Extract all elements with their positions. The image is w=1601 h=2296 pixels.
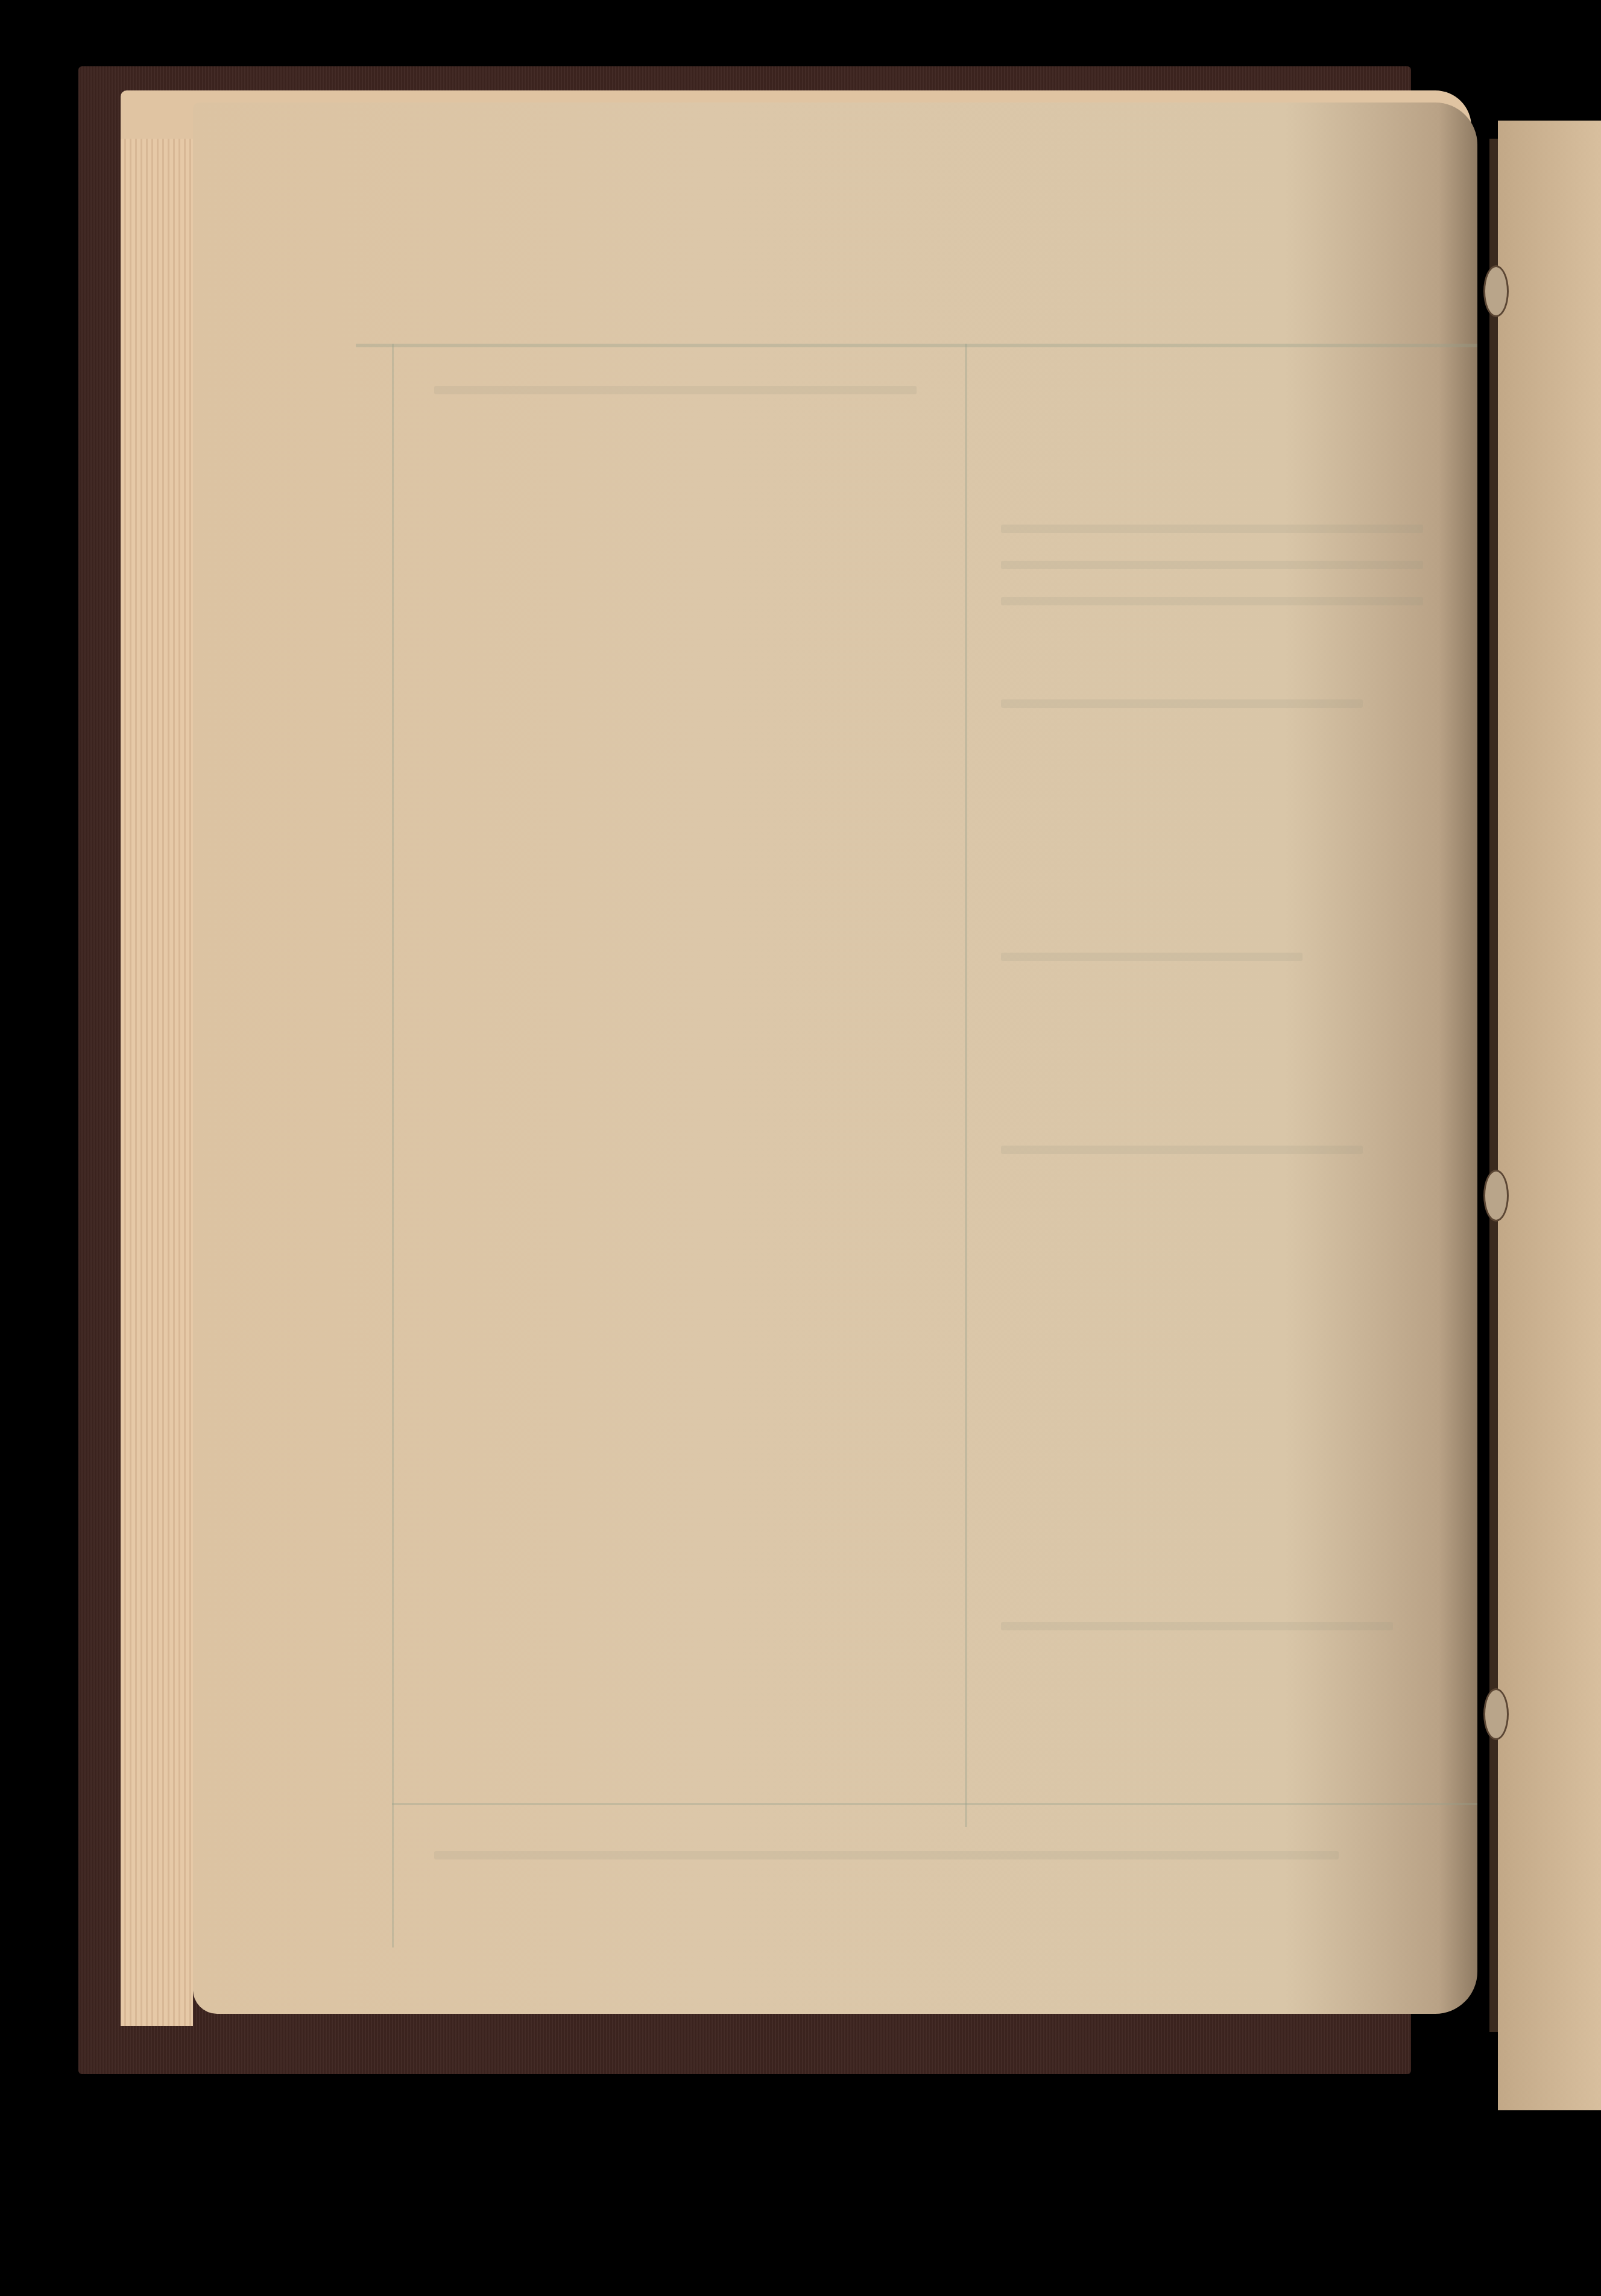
bleed-through-text-row	[434, 386, 917, 394]
binding-thread-icon	[1483, 265, 1509, 317]
page-edges	[121, 139, 193, 2026]
bleed-through-rule-bottom	[392, 1803, 1477, 1805]
bleed-through-column-divider	[965, 344, 967, 1827]
bleed-through-text-row	[1001, 525, 1423, 533]
bleed-through-text-row	[1001, 597, 1423, 605]
bleed-through-text-row	[1001, 953, 1303, 961]
bleed-through-text-row	[1001, 561, 1423, 569]
bleed-through-rule-top	[356, 344, 1477, 347]
bleed-through-column-left	[392, 344, 394, 1947]
bleed-through-text-row	[434, 1851, 1339, 1859]
binding-thread-icon	[1483, 1170, 1509, 1222]
bleed-through-text-row	[1001, 1146, 1363, 1154]
binding-thread-icon	[1483, 1688, 1509, 1740]
bleed-through-text-row	[1001, 1622, 1393, 1630]
facing-page-edge	[1498, 121, 1601, 2110]
blank-page	[193, 102, 1477, 2014]
bleed-through-text-row	[1001, 699, 1363, 708]
book-gutter	[1489, 139, 1498, 2032]
